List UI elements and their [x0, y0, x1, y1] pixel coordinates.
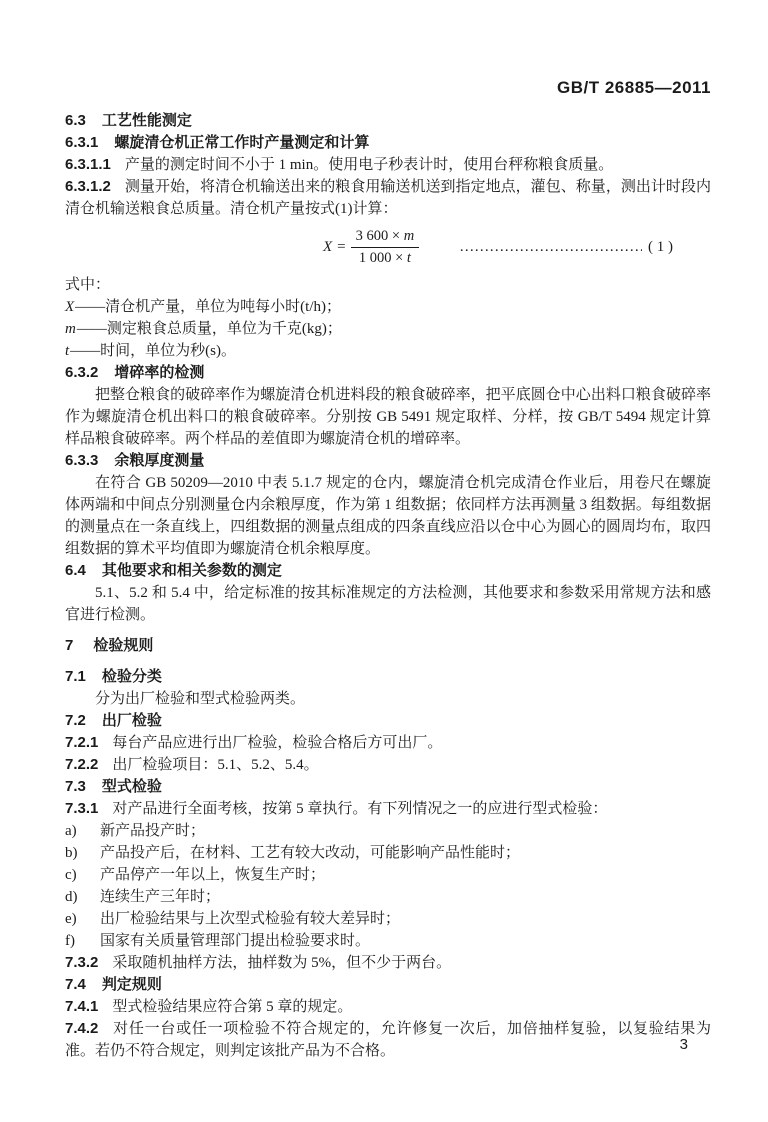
fraction-denominator: 1 000 × t	[351, 248, 420, 268]
equation-lhs: X	[323, 236, 332, 258]
heading-7-2: 7.2出厂检验	[65, 710, 711, 732]
clause-number: 7.3.2	[65, 954, 98, 971]
variable-description: 清仓机产量，单位为吨每小时(t/h)；	[105, 299, 341, 315]
clause-number: 7.2.2	[65, 756, 98, 773]
list-item-text: 出厂检验结果与上次型式检验有较大差异时；	[100, 911, 400, 927]
list-item-text: 连续生产三年时；	[100, 889, 220, 905]
document-body: 6.3工艺性能测定6.3.1螺旋清仓机正常工作时产量测定和计算6.3.1.1产量…	[65, 110, 711, 1062]
heading-number: 7.1	[65, 668, 86, 685]
variable-definition: t——时间，单位为秒(s)。	[65, 340, 711, 362]
clause-text: 采取随机抽样方法，抽样数为 5%，但不少于两台。	[112, 955, 451, 971]
heading-number: 6.3.2	[65, 364, 98, 381]
clause-7-4-1: 7.4.1型式检验结果应符合第 5 章的规定。	[65, 996, 711, 1018]
heading-title: 判定规则	[102, 976, 162, 993]
heading-number: 7.4	[65, 976, 86, 993]
formula-where-label: 式中：	[65, 274, 711, 296]
clause-7-2-2: 7.2.2出厂检验项目：5.1、5.2、5.4。	[65, 754, 711, 776]
heading-title: 工艺性能测定	[102, 112, 192, 129]
body-paragraph: 在符合 GB 50209—2010 中表 5.1.7 规定的仓内，螺旋清仓机完成…	[65, 472, 711, 560]
heading-title: 螺旋清仓机正常工作时产量测定和计算	[114, 134, 369, 151]
equation-expression: X=3 600 × m1 000 × t	[323, 227, 419, 268]
clause-7-3-1: 7.3.1对产品进行全面考核，按第 5 章执行。有下列情况之一的应进行型式检验：	[65, 798, 711, 820]
clause-number: 7.4.1	[65, 998, 98, 1015]
heading-6-4: 6.4其他要求和相关参数的测定	[65, 560, 711, 582]
clause-text: 对任一台或任一项检验不符合规定的，允许修复一次后，加倍抽样复验，以复验结果为准。…	[65, 1021, 711, 1059]
clause-7-3-2: 7.3.2采取随机抽样方法，抽样数为 5%，但不少于两台。	[65, 952, 711, 974]
list-item-c: c)产品停产一年以上，恢复生产时；	[65, 864, 711, 886]
equation-number: ( 1 )	[648, 236, 673, 258]
body-paragraph: 5.1、5.2 和 5.4 中，给定标准的按其标准规定的方法检测，其他要求和参数…	[65, 582, 711, 626]
heading-6-3-3: 6.3.3余粮厚度测量	[65, 450, 711, 472]
equation-1: X=3 600 × m1 000 × t …………………………………… ( 1 …	[65, 220, 673, 274]
fraction-numerator: 3 600 × m	[351, 227, 420, 248]
equation-fraction: 3 600 × m1 000 × t	[351, 227, 420, 268]
variable-dash: ——	[70, 343, 100, 359]
heading-title: 余粮厚度测量	[114, 452, 204, 469]
variable-dash: ——	[75, 299, 105, 315]
list-item-b: b)产品投产后，在材料、工艺有较大改动，可能影响产品性能时；	[65, 842, 711, 864]
page-number: 3	[680, 1036, 688, 1053]
heading-number: 6.3	[65, 112, 86, 129]
variable-symbol: X	[65, 299, 75, 315]
heading-number: 6.3.3	[65, 452, 98, 469]
list-item-marker: e)	[65, 908, 100, 930]
body-paragraph: 把整仓粮食的破碎率作为螺旋清仓机进料段的粮食破碎率，把平底圆仓中心出料口粮食破碎…	[65, 384, 711, 450]
heading-number: 7	[65, 637, 73, 654]
clause-6-3-1-2: 6.3.1.2测量开始，将清仓机输送出来的粮食用输送机送到指定地点，灌包、称量，…	[65, 176, 711, 220]
heading-6-3: 6.3工艺性能测定	[65, 110, 711, 132]
heading-title: 其他要求和相关参数的测定	[102, 562, 282, 579]
heading-7-4: 7.4判定规则	[65, 974, 711, 996]
document-page: GB/T 26885—2011 6.3工艺性能测定6.3.1螺旋清仓机正常工作时…	[0, 0, 768, 1122]
heading-7-1: 7.1检验分类	[65, 666, 711, 688]
leader-dots: ……………………………………	[459, 236, 642, 258]
clause-text: 对产品进行全面考核，按第 5 章执行。有下列情况之一的应进行型式检验：	[112, 801, 607, 817]
clause-7-4-2: 7.4.2对任一台或任一项检验不符合规定的，允许修复一次后，加倍抽样复验，以复验…	[65, 1018, 711, 1062]
clause-number: 7.4.2	[65, 1020, 98, 1037]
variable-symbol: m	[65, 321, 77, 337]
heading-title: 检验分类	[102, 668, 162, 685]
list-item-marker: f)	[65, 930, 100, 952]
clause-text: 出厂检验项目：5.1、5.2、5.4。	[112, 757, 318, 773]
list-item-marker: b)	[65, 842, 100, 864]
clause-7-2-1: 7.2.1每台产品应进行出厂检验，检验合格后方可出厂。	[65, 732, 711, 754]
clause-text: 产量的测定时间不小于 1 min。使用电子秒表计时，使用台秤称粮食质量。	[125, 157, 613, 173]
variable-description: 时间，单位为秒(s)。	[100, 343, 236, 359]
list-item-marker: c)	[65, 864, 100, 886]
heading-title: 检验规则	[93, 637, 153, 654]
list-item-text: 国家有关质量管理部门提出检验要求时。	[100, 933, 370, 949]
heading-number: 7.3	[65, 778, 86, 795]
variable-definition: X——清仓机产量，单位为吨每小时(t/h)；	[65, 296, 711, 318]
heading-title: 增碎率的检测	[114, 364, 204, 381]
heading-7-3: 7.3型式检验	[65, 776, 711, 798]
variable-description: 测定粮食总质量，单位为千克(kg)；	[107, 321, 342, 337]
list-item-a: a)新产品投产时；	[65, 820, 711, 842]
clause-text: 测量开始，将清仓机输送出来的粮食用输送机送到指定地点，灌包、称量，测出计时段内清…	[65, 179, 711, 217]
standard-code-header: GB/T 26885—2011	[557, 78, 711, 98]
body-paragraph: 分为出厂检验和型式检验两类。	[65, 688, 711, 710]
clause-number: 7.2.1	[65, 734, 98, 751]
clause-text: 每台产品应进行出厂检验，检验合格后方可出厂。	[112, 735, 442, 751]
heading-number: 6.3.1	[65, 134, 98, 151]
list-item-text: 新产品投产时；	[100, 823, 205, 839]
heading-title: 型式检验	[102, 778, 162, 795]
heading-number: 6.4	[65, 562, 86, 579]
list-item-text: 产品投产后，在材料、工艺有较大改动，可能影响产品性能时；	[100, 845, 520, 861]
list-item-e: e)出厂检验结果与上次型式检验有较大差异时；	[65, 908, 711, 930]
clause-number: 6.3.1.2	[65, 178, 111, 195]
list-item-marker: a)	[65, 820, 100, 842]
list-item-d: d)连续生产三年时；	[65, 886, 711, 908]
list-item-f: f)国家有关质量管理部门提出检验要求时。	[65, 930, 711, 952]
list-item-marker: d)	[65, 886, 100, 908]
clause-number: 6.3.1.1	[65, 156, 111, 173]
variable-definition: m——测定粮食总质量，单位为千克(kg)；	[65, 318, 711, 340]
list-item-text: 产品停产一年以上，恢复生产时；	[100, 867, 325, 883]
clause-6-3-1-1: 6.3.1.1产量的测定时间不小于 1 min。使用电子秒表计时，使用台秤称粮食…	[65, 154, 711, 176]
clause-text: 型式检验结果应符合第 5 章的规定。	[112, 999, 352, 1015]
heading-6-3-2: 6.3.2增碎率的检测	[65, 362, 711, 384]
heading-title: 出厂检验	[102, 712, 162, 729]
clause-number: 7.3.1	[65, 800, 98, 817]
heading-number: 7.2	[65, 712, 86, 729]
variable-dash: ——	[77, 321, 107, 337]
heading-7: 7检验规则	[65, 635, 711, 657]
equals-sign: =	[337, 236, 345, 258]
heading-6-3-1: 6.3.1螺旋清仓机正常工作时产量测定和计算	[65, 132, 711, 154]
